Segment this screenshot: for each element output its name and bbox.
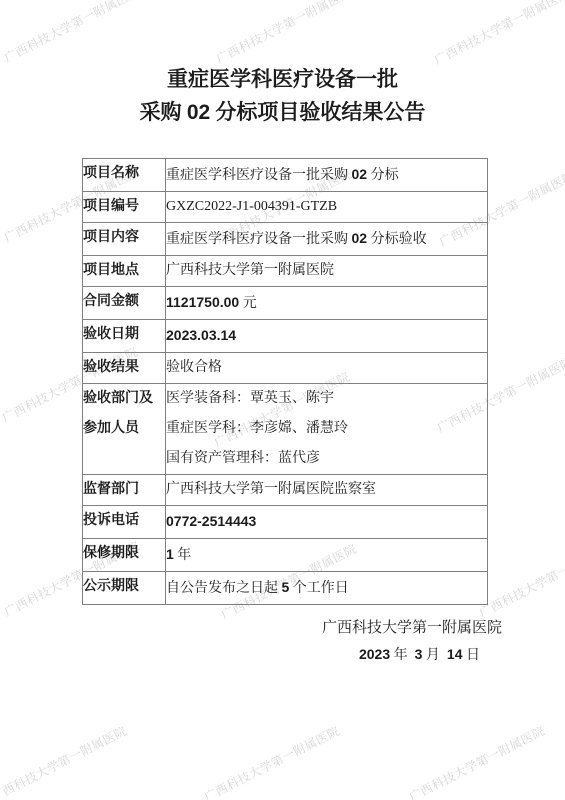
numeric-text: 3 <box>415 646 423 662</box>
row-value: 1121750.00 元 <box>166 287 488 320</box>
table-row: 验收部门及参加人员医学装备科：覃英玉、陈宇重症医学科：李彦嫦、潘慧玲国有资产管理… <box>83 384 488 475</box>
row-label: 验收部门及参加人员 <box>83 384 166 475</box>
table-row: 项目地点广西科技大学第一附属医院 <box>83 256 488 287</box>
info-table: 项目名称重症医学科医疗设备一批采购 02 分标项目编号GXZC2022-J1-0… <box>82 158 488 605</box>
numeric-text: 2023 <box>359 646 390 662</box>
row-value: 医学装备科：覃英玉、陈宇重症医学科：李彦嫦、潘慧玲国有资产管理科：蓝代彦 <box>166 384 488 475</box>
row-label: 项目地点 <box>83 256 166 287</box>
row-label: 验收日期 <box>83 320 166 353</box>
footer-organization: 广西科技大学第一附属医院 <box>322 616 502 637</box>
row-value: 广西科技大学第一附属医院监察室 <box>166 475 488 506</box>
row-label: 项目名称 <box>83 159 166 192</box>
row-value: 1 年 <box>166 539 488 572</box>
document-page: 广西科技大学第一附属医院广西科技大学第一附属医院广西科技大学第一附属医院广西科技… <box>0 0 565 800</box>
numeric-text: 02 <box>187 101 210 124</box>
watermark-text: 广西科技大学第一附属医院 <box>213 0 354 67</box>
row-label: 合同金额 <box>83 287 166 320</box>
row-value: 广西科技大学第一附属医院 <box>166 256 488 287</box>
row-value: 验收合格 <box>166 353 488 384</box>
watermark-text: 广西科技大学第一附属医院 <box>1 0 142 66</box>
numeric-text: 5 <box>282 579 290 595</box>
table-row: 项目内容重症医学科医疗设备一批采购 02 分标验收 <box>83 223 488 256</box>
row-label: 公示期限 <box>83 572 166 605</box>
table-row: 合同金额1121750.00 元 <box>83 287 488 320</box>
page-title: 重症医学科医疗设备一批 采购 02 分标项目验收结果公告 <box>0 63 565 129</box>
row-label: 项目编号 <box>83 192 166 223</box>
table-row: 验收日期2023.03.14 <box>83 320 488 353</box>
footer-date: 2023 年 3 月 14 日 <box>359 644 480 664</box>
row-label: 验收结果 <box>83 353 166 384</box>
row-value: 2023.03.14 <box>166 320 488 353</box>
numeric-text: 1 <box>166 546 174 562</box>
watermark-text: 广西科技大学第一附属医院 <box>431 0 565 68</box>
table-row: 投诉电话0772-2514443 <box>83 506 488 539</box>
watermark-text: 广西科技大学第一附属医院 <box>406 722 547 800</box>
watermark-text: 广西科技大学第一附属医院 <box>201 722 342 800</box>
table-row: 项目名称重症医学科医疗设备一批采购 02 分标 <box>83 159 488 192</box>
row-value: 重症医学科医疗设备一批采购 02 分标验收 <box>166 223 488 256</box>
numeric-text: 0772-2514443 <box>166 513 256 529</box>
row-label: 投诉电话 <box>83 506 166 539</box>
row-label: 监督部门 <box>83 475 166 506</box>
title-line-1: 重症医学科医疗设备一批 <box>0 63 565 96</box>
watermark-text: 广西科技大学第一附属医院 <box>0 722 130 800</box>
numeric-text: 02 <box>352 166 368 182</box>
table-row: 验收结果验收合格 <box>83 353 488 384</box>
row-label: 项目内容 <box>83 223 166 256</box>
numeric-text: 14 <box>447 646 463 662</box>
table-row: 保修期限1 年 <box>83 539 488 572</box>
table-row: 公示期限自公告发布之日起 5 个工作日 <box>83 572 488 605</box>
numeric-text: 2023.03.14 <box>166 327 236 343</box>
watermark-text: 广西科技大学第一附属医院 <box>476 538 565 621</box>
title-line-2: 采购 02 分标项目验收结果公告 <box>0 96 565 129</box>
numeric-text: 02 <box>352 230 368 246</box>
row-value: 重症医学科医疗设备一批采购 02 分标 <box>166 159 488 192</box>
table-row: 项目编号GXZC2022-J1-004391-GTZB <box>83 192 488 223</box>
row-label: 保修期限 <box>83 539 166 572</box>
row-value: 0772-2514443 <box>166 506 488 539</box>
row-value: 自公告发布之日起 5 个工作日 <box>166 572 488 605</box>
row-value: GXZC2022-J1-004391-GTZB <box>166 192 488 223</box>
table-row: 监督部门广西科技大学第一附属医院监察室 <box>83 475 488 506</box>
numeric-text: 1121750.00 <box>166 294 239 310</box>
